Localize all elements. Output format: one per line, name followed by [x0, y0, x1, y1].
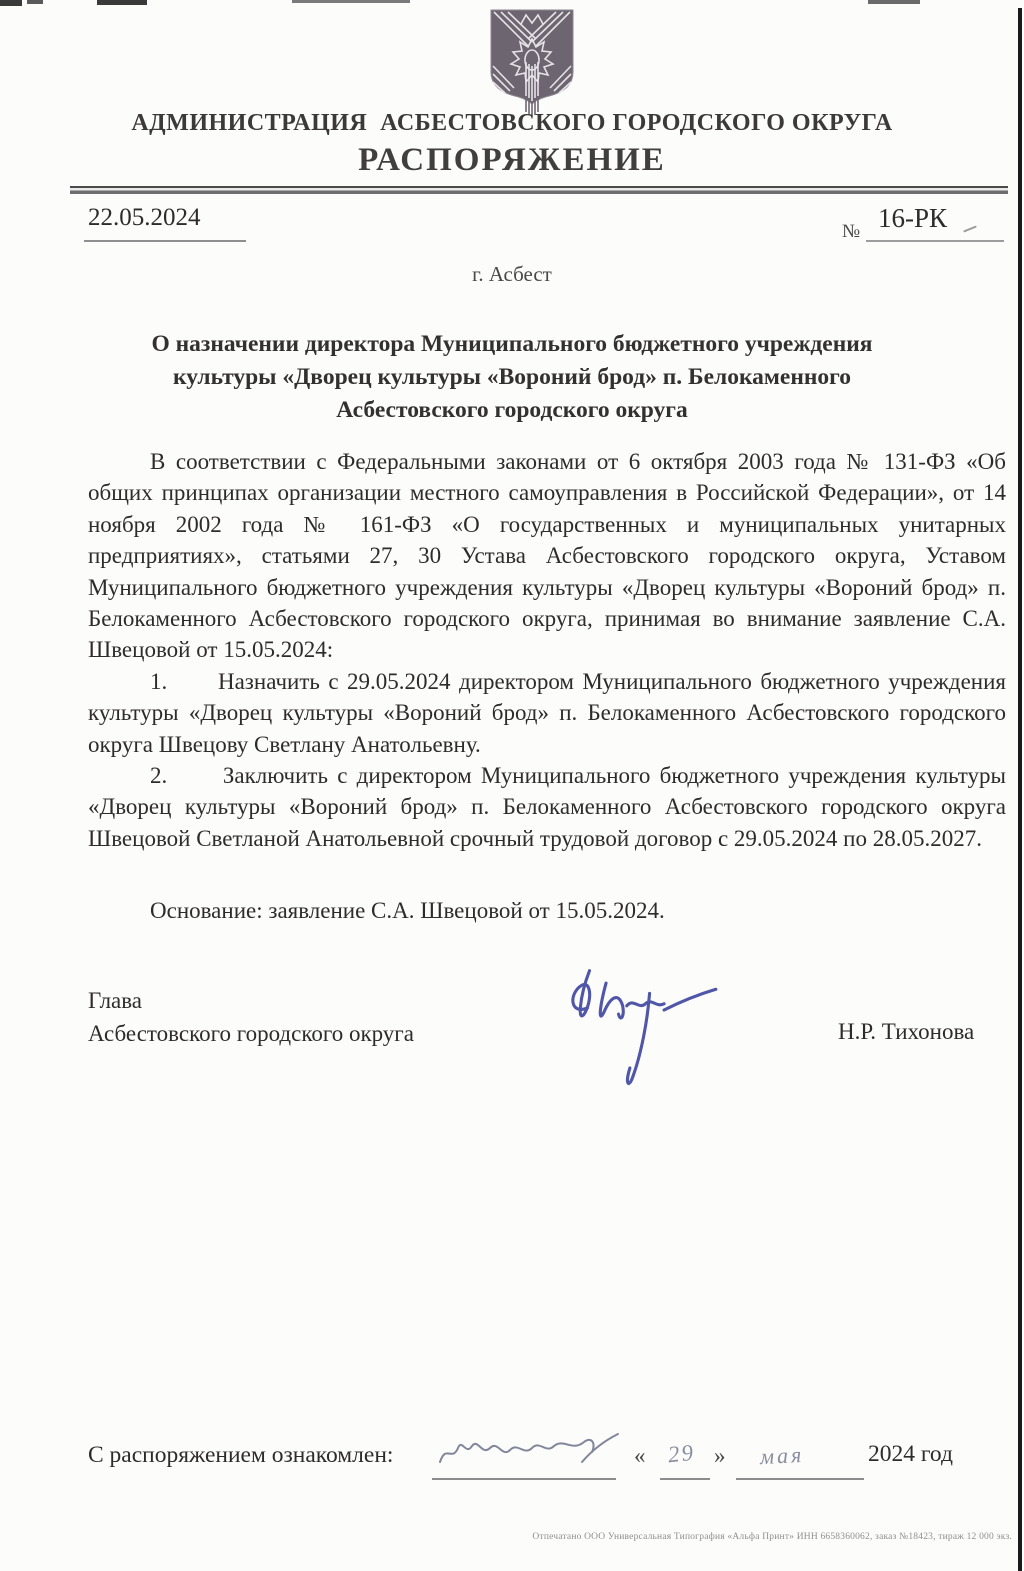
number-sign-label: № [842, 221, 860, 243]
scan-artifact [97, 0, 147, 5]
pen-mark [963, 225, 977, 232]
signer-position: Глава Асбестовского городского округа [88, 984, 414, 1050]
scanned-document-page: АДМИНИСТРАЦИЯ АСБЕСТОВСКОГО ГОРОДСКОГО О… [0, 0, 1024, 1571]
acknowledgment-signature-line [432, 1478, 616, 1480]
document-place: г. Асбест [0, 262, 1024, 287]
scan-edge-line [1018, 8, 1022, 1571]
document-number: 16-РК [878, 203, 947, 234]
acknowledgment-month-handwritten: мая [759, 1442, 805, 1470]
header-divider [70, 186, 1008, 194]
title-line-3: Асбестовского городского округа [62, 394, 962, 427]
day-quote-close: » [714, 1443, 726, 1469]
scan-artifact [27, 0, 43, 4]
acknowledgment-day-line [660, 1478, 710, 1480]
acknowledgment-day-handwritten: 29 [667, 1440, 697, 1469]
paragraph-preamble: В соответствии с Федеральными законами о… [88, 446, 1006, 666]
signer-name: Н.Р. Тихонова [838, 1019, 974, 1045]
signer-position-line-2: Асбестовского городского округа [88, 1017, 414, 1050]
number-underline [866, 240, 1004, 242]
document-title: О назначении директора Муниципального бю… [62, 328, 962, 427]
head-signature-icon [528, 952, 738, 1097]
print-shop-info: Отпечатано ООО Универсальная Типография … [400, 1532, 1012, 1542]
basis-line: Основание: заявление С.А. Швецовой от 15… [88, 898, 1006, 924]
date-underline [84, 240, 246, 242]
day-quote-open: « [634, 1443, 646, 1469]
title-line-1: О назначении директора Муниципального бю… [62, 328, 962, 361]
acknowledgment-signature-icon [436, 1428, 626, 1474]
document-body: В соответствии с Федеральными законами о… [88, 446, 1006, 854]
document-date: 22.05.2024 [88, 204, 201, 232]
title-line-2: культуры «Дворец культуры «Вороний брод»… [62, 361, 962, 394]
scan-artifact [292, 0, 410, 3]
paragraph-item-2: 2. Заключить с директором Муниципального… [88, 760, 1006, 854]
scan-artifact [868, 0, 920, 4]
acknowledgment-month-line [736, 1478, 864, 1480]
acknowledgment-label: С распоряжением ознакомлен: [88, 1442, 393, 1469]
document-type-title: РАСПОРЯЖЕНИЕ [0, 142, 1024, 179]
acknowledgment-year: 2024 год [868, 1441, 953, 1468]
scan-artifact [0, 0, 22, 6]
signer-position-line-1: Глава [88, 984, 414, 1017]
asbest-coat-of-arms-icon [487, 8, 577, 118]
organization-name: АДМИНИСТРАЦИЯ АСБЕСТОВСКОГО ГОРОДСКОГО О… [0, 110, 1024, 137]
paragraph-item-1: 1. Назначить с 29.05.2024 директором Мун… [88, 666, 1006, 760]
